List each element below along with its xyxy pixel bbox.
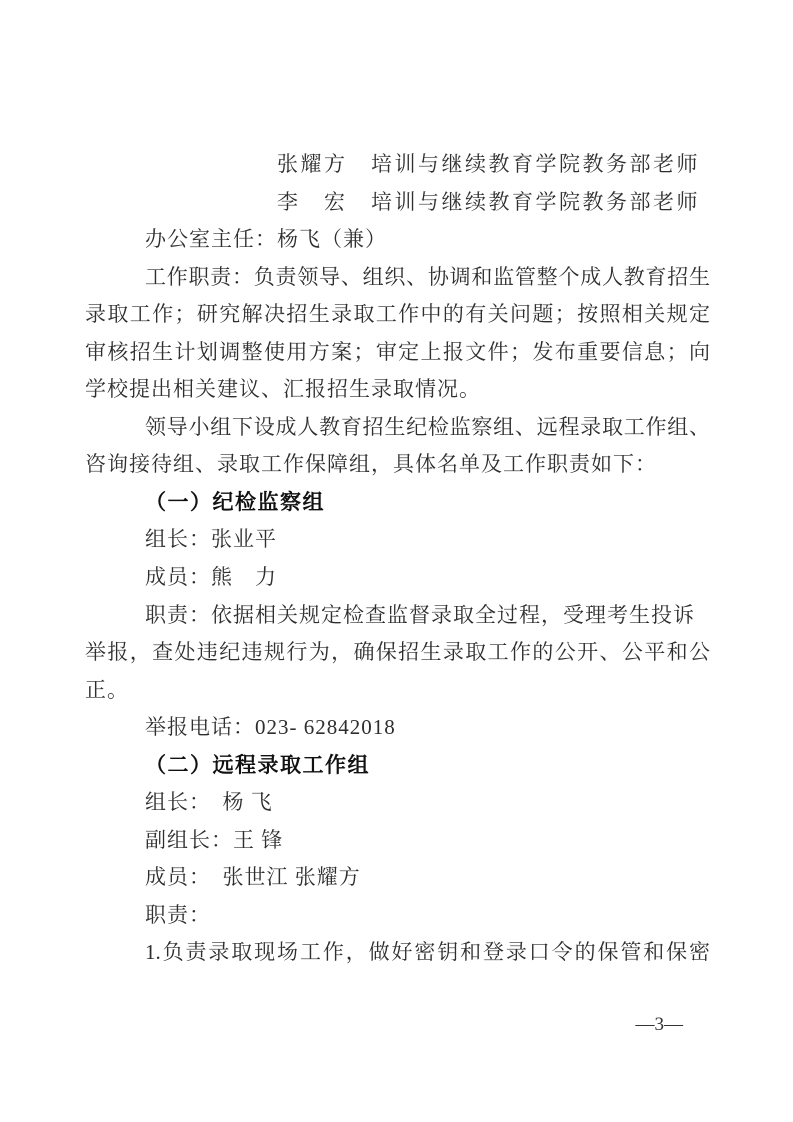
duties-paragraph-line: 审核招生计划调整使用方案；审定上报文件；发布重要信息；向: [85, 334, 710, 372]
section-2-heading: （二）远程录取工作组: [145, 747, 710, 785]
document-body: 张耀方 培训与继续教育学院教务部老师 李 宏 培训与继续教育学院教务部老师 办公…: [85, 146, 710, 972]
group2-duties-label: 职责：: [145, 897, 710, 935]
name-list-line: 张耀方 培训与继续教育学院教务部老师: [277, 146, 710, 184]
subgroups-paragraph-line: 领导小组下设成人教育招生纪检监察组、远程录取工作组、: [145, 409, 710, 447]
office-director-line: 办公室主任：杨飞（兼）: [145, 221, 710, 259]
duties-paragraph-line: 工作职责：负责领导、组织、协调和监管整个成人教育招生: [145, 259, 710, 297]
group2-leader-line: 组长： 杨 飞: [145, 784, 710, 822]
subgroups-paragraph-line: 咨询接待组、录取工作保障组，具体名单及工作职责如下：: [85, 446, 710, 484]
duty-item-1-line: 1.负责录取现场工作，做好密钥和登录口令的保管和保密: [145, 934, 710, 972]
report-phone-line: 举报电话：023- 62842018: [145, 709, 710, 747]
duties-paragraph-line: 学校提出相关建议、汇报招生录取情况。: [85, 371, 710, 409]
page-number: —3—: [636, 1013, 684, 1037]
section-1-heading: （一）纪检监察组: [145, 484, 710, 522]
group1-leader-line: 组长：张业平: [145, 521, 710, 559]
group2-members-line: 成员： 张世江 张耀方: [145, 859, 710, 897]
name-list-line: 李 宏 培训与继续教育学院教务部老师: [277, 184, 710, 222]
group1-duties-line: 职责：依据相关规定检查监督录取全过程，受理考生投诉: [145, 597, 710, 635]
document-page: 张耀方 培训与继续教育学院教务部老师 李 宏 培训与继续教育学院教务部老师 办公…: [0, 0, 793, 1122]
duties-paragraph-line: 录取工作；研究解决招生录取工作中的有关问题；按照相关规定: [85, 296, 710, 334]
group2-deputy-line: 副组长：王 锋: [145, 822, 710, 860]
group1-duties-line: 正。: [85, 672, 710, 710]
group1-duties-line: 举报，查处违纪违规行为，确保招生录取工作的公开、公平和公: [85, 634, 710, 672]
group1-member-line: 成员：熊 力: [145, 559, 710, 597]
